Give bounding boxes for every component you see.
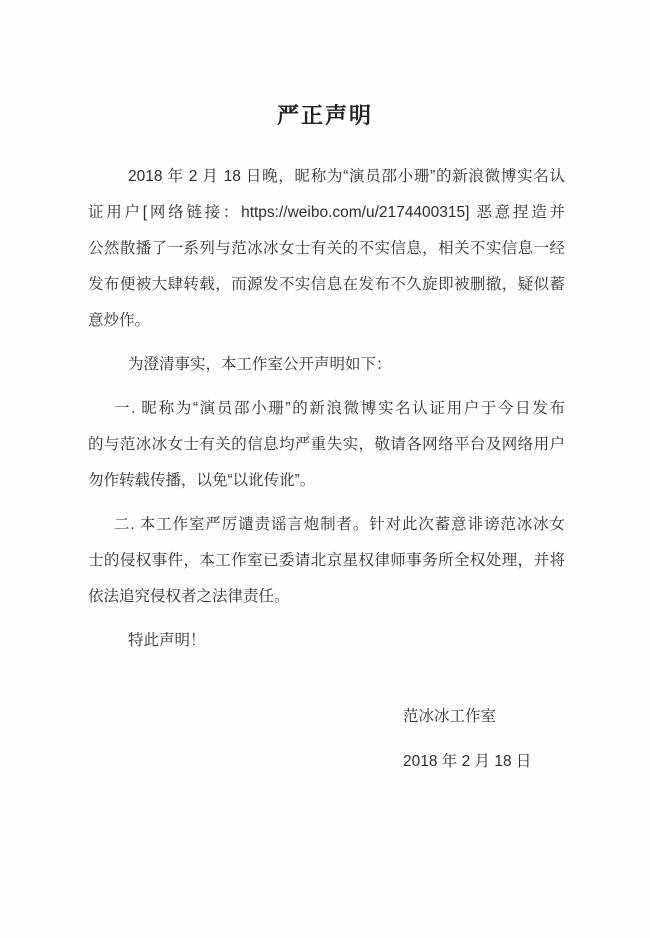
- text-line: 依法追究侵权者之法律责任。: [88, 579, 565, 615]
- paragraph-item-1: 一. 昵称为“演员邵小珊”的新浪微博实名认证用户于今日发布 的与范冰冰女士有关的…: [88, 391, 565, 499]
- document-body: 2018 年 2 月 18 日晚，昵称为“演员邵小珊”的新浪微博实名认 证用户[…: [0, 159, 565, 780]
- text-line: 一. 昵称为“演员邵小珊”的新浪微博实名认证用户于今日发布: [88, 391, 565, 427]
- signature-block: 范冰冰工作室 2018 年 2 月 18 日: [403, 699, 565, 780]
- statement-document-page: 严正声明 2018 年 2 月 18 日晚，昵称为“演员邵小珊”的新浪微博实名认…: [0, 0, 650, 938]
- text-line: 勿作转载传播，以免“以讹传讹”。: [88, 463, 565, 499]
- text-line: 意炒作。: [88, 303, 565, 339]
- document-title: 严正声明: [0, 103, 650, 129]
- text-line: 特此声明！: [88, 623, 565, 659]
- signature-date: 2018 年 2 月 18 日: [403, 744, 565, 780]
- paragraph-lead-in: 为澄清事实，本工作室公开声明如下：: [88, 347, 565, 383]
- text-line: 士的侵权事件，本工作室已委请北京星权律师事务所全权处理，并将: [88, 543, 565, 579]
- paragraph-closing: 特此声明！: [88, 623, 565, 659]
- text-line: 的与范冰冰女士有关的信息均严重失实，敬请各网络平台及网络用户: [88, 427, 565, 463]
- text-line: 二. 本工作室严厉谴责谣言炮制者。针对此次蓄意诽谤范冰冰女: [88, 507, 565, 543]
- text-line: 2018 年 2 月 18 日晚，昵称为“演员邵小珊”的新浪微博实名认: [88, 159, 565, 195]
- text-line: 公然散播了一系列与范冰冰女士有关的不实信息，相关不实信息一经: [88, 231, 565, 267]
- text-line: 为澄清事实，本工作室公开声明如下：: [88, 347, 565, 383]
- signature-name: 范冰冰工作室: [403, 699, 565, 735]
- text-line: 发布便被大肆转载，而源发不实信息在发布不久旋即被删撤，疑似蓄: [88, 267, 565, 303]
- paragraph-item-2: 二. 本工作室严厉谴责谣言炮制者。针对此次蓄意诽谤范冰冰女 士的侵权事件，本工作…: [88, 507, 565, 615]
- text-line-weibo-link: 证用户[网络链接：https://weibo.com/u/2174400315]…: [88, 195, 565, 231]
- paragraph-intro: 2018 年 2 月 18 日晚，昵称为“演员邵小珊”的新浪微博实名认 证用户[…: [88, 159, 565, 339]
